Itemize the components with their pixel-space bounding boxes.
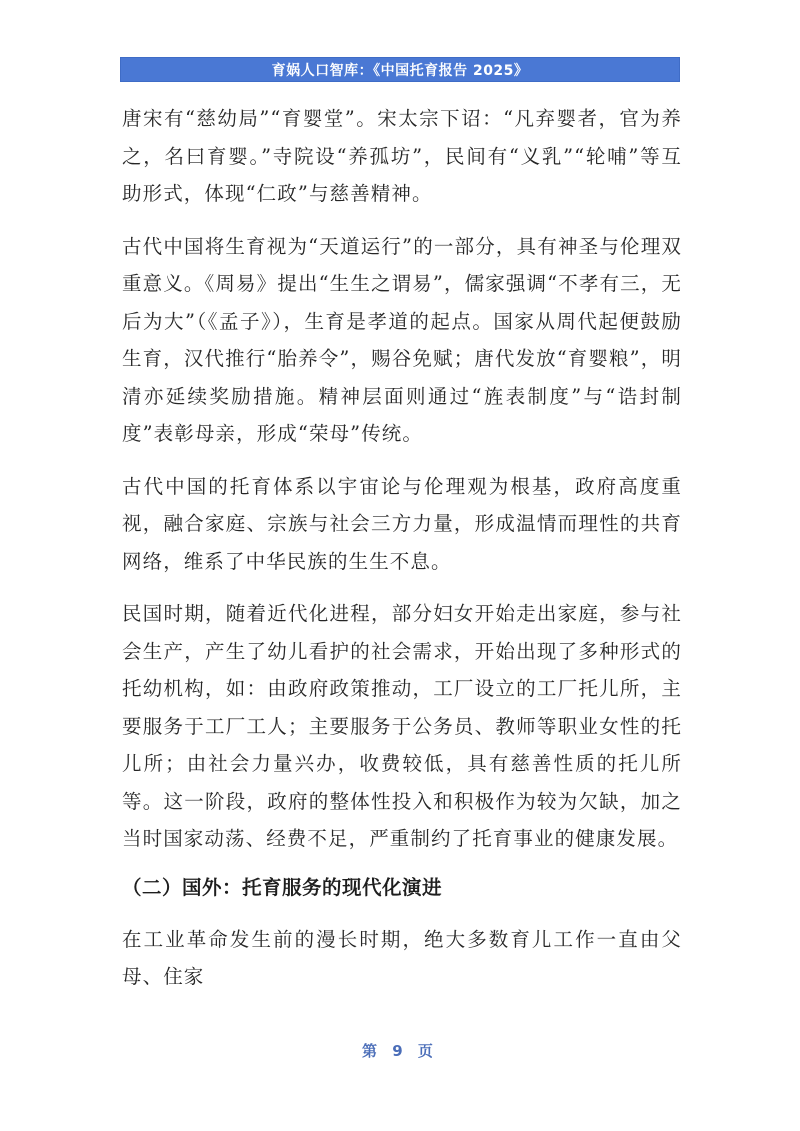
document-body: 唐宋有“慈幼局”“育婴堂”。宋太宗下诏：“凡弃婴者，官为养之，名曰育婴。”寺院设… [122, 100, 682, 1011]
page-number: 第 9 页 [0, 1040, 800, 1061]
document-header-bar: 育娲人口智库：《中国托育报告 2025》 [120, 57, 680, 82]
paragraph-republic-era: 民国时期，随着近代化进程，部分妇女开始走出家庭，参与社会生产，产生了幼儿看护的社… [122, 595, 682, 858]
paragraph-tang-song-orphanage: 唐宋有“慈幼局”“育婴堂”。宋太宗下诏：“凡弃婴者，官为养之，名曰育婴。”寺院设… [122, 100, 682, 213]
section-heading-foreign: （二）国外：托育服务的现代化演进 [122, 873, 682, 903]
document-header-title: 育娲人口智库：《中国托育报告 2025》 [272, 60, 529, 80]
paragraph-industrial-revolution: 在工业革命发生前的漫长时期，绝大多数育儿工作一直由父母、住家 [122, 921, 682, 996]
paragraph-ancient-childcare-system: 古代中国的托育体系以宇宙论与伦理观为根基，政府高度重视，融合家庭、宗族与社会三方… [122, 468, 682, 581]
paragraph-ancient-fertility-view: 古代中国将生育视为“天道运行”的一部分，具有神圣与伦理双重意义。《周易》提出“生… [122, 228, 682, 453]
